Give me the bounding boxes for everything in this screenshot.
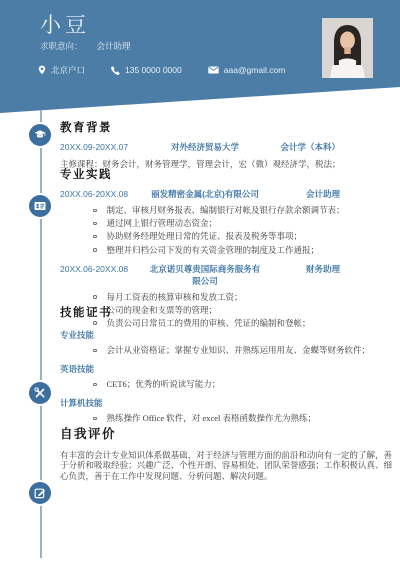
bullet-item: 制定、审核月财务报表、编制银行对帐及银行存款余额调节表；	[60, 206, 392, 215]
section-education: 教育背景 20XX.09-20XX.07 对外经济贸易大学 会计学（本科） 主修…	[60, 119, 392, 169]
bullet-item: 会计从业资格证；掌握专业知识、并熟练运用用友、金蝶等财务软件；	[60, 346, 392, 355]
job-bullets: 制定、审核月财务报表、编制银行对帐及银行存款余额调节表； 通过网上银行管理动态资…	[60, 206, 392, 255]
phone-text: 135 0000 0000	[125, 65, 182, 75]
tools-icon	[29, 382, 51, 404]
id-card-icon	[29, 195, 51, 217]
header-banner: 小豆 求职意向：会计助理 北京户口 135 0000 0000 a	[0, 0, 400, 114]
contact-email: aaa@gmail.com	[208, 65, 286, 75]
section-evaluation: 自我评价 有丰富的会计专业知识体系做基础，对于经济与管理方面的前沿和动向有一定的…	[60, 424, 392, 481]
evaluation-text: 有丰富的会计专业知识体系做基础，对于经济与管理方面的前沿和动向有一定的了解，善于…	[60, 450, 392, 481]
job-entry: 20XX.06-20XX.08 丽发精密金属(北京)有限公司 会计助理	[60, 188, 340, 200]
job-entry: 20XX.06-20XX.08 北京诺贝尊贵国际商务服务有限公司 财务助理	[60, 263, 340, 287]
skills-title: 技能证书	[60, 304, 392, 320]
bullet-dot-icon	[93, 209, 97, 213]
intent-label: 求职意向：	[40, 41, 83, 51]
bullet-item: CET6；优秀的听说读写能力；	[60, 380, 392, 389]
bullet-item: 每月工资表的核算审核和发放工资；	[60, 293, 392, 302]
skill-group-label: 英语技能	[60, 363, 392, 375]
section-skills: 技能证书 专业技能 会计从业资格证；掌握专业知识、并熟练运用用友、金蝶等财务软件…	[60, 304, 392, 423]
bullet-item: 整理并归档公司下发的有关资金管理的制度及工作通报；	[60, 246, 392, 255]
bullet-dot-icon	[93, 349, 97, 353]
location-text: 北京户口	[51, 64, 85, 76]
profile-photo	[322, 18, 373, 78]
bullet-text: 协助财务经理处理日常的凭证、报表及税务等事项；	[107, 232, 303, 241]
contact-row: 北京户口 135 0000 0000 aaa@gmail.com	[38, 64, 285, 76]
bullet-text: 整理并归档公司下发的有关资金管理的制度及工作通报；	[107, 246, 320, 255]
bullet-text: 熟练操作 Office 软件，对 excel 表格函数操作尤为熟练；	[107, 414, 317, 423]
bullet-item: 通过网上银行管理动态资金；	[60, 219, 392, 228]
skill-group-label: 专业技能	[60, 329, 392, 341]
education-title: 教育背景	[60, 119, 392, 135]
bullet-dot-icon	[93, 222, 97, 226]
job-company: 北京诺贝尊贵国际商务服务有限公司	[148, 263, 262, 287]
candidate-name: 小豆	[40, 9, 90, 39]
resume-page: 小豆 求职意向：会计助理 北京户口 135 0000 0000 a	[0, 0, 400, 565]
bullet-dot-icon	[93, 248, 97, 252]
intent-value: 会计助理	[97, 41, 131, 51]
job-role: 会计助理	[262, 188, 340, 200]
bullet-dot-icon	[93, 417, 97, 421]
bullet-text: 会计从业资格证；掌握专业知识、并熟练运用用友、金蝶等财务软件；	[107, 346, 371, 355]
bullet-item: 协助财务经理处理日常的凭证、报表及税务等事项；	[60, 232, 392, 241]
bullet-dot-icon	[93, 383, 97, 387]
contact-location: 北京户口	[38, 64, 85, 76]
job-date: 20XX.06-20XX.08	[60, 189, 148, 199]
job-date: 20XX.06-20XX.08	[60, 264, 148, 274]
education-degree: 会计学（本科）	[262, 141, 340, 153]
bullet-text: 通过网上银行管理动态资金；	[107, 219, 218, 228]
bullet-text: 制定、审核月财务报表、编制银行对帐及银行存款余额调节表；	[107, 206, 345, 215]
bullet-item: 熟练操作 Office 软件，对 excel 表格函数操作尤为熟练；	[60, 414, 392, 423]
skill-group-label: 计算机技能	[60, 397, 392, 409]
graduation-cap-icon	[29, 124, 51, 146]
education-date: 20XX.09-20XX.07	[60, 142, 148, 152]
evaluation-title: 自我评价	[60, 424, 392, 442]
job-intent-row: 求职意向：会计助理	[40, 40, 131, 52]
experience-title: 专业实践	[60, 166, 392, 182]
bullet-text: CET6；优秀的听说读写能力；	[107, 380, 221, 389]
job-company: 丽发精密金属(北京)有限公司	[148, 188, 262, 200]
contact-phone: 135 0000 0000	[111, 65, 182, 75]
location-pin-icon	[38, 65, 46, 75]
phone-icon	[111, 66, 120, 75]
education-entry: 20XX.09-20XX.07 对外经济贸易大学 会计学（本科）	[60, 141, 340, 153]
job-role: 财务助理	[262, 263, 340, 275]
edit-icon	[29, 482, 51, 504]
education-school: 对外经济贸易大学	[148, 141, 262, 153]
bullet-text: 每月工资表的核算审核和发放工资；	[107, 293, 243, 302]
envelope-icon	[208, 66, 219, 74]
bullet-dot-icon	[93, 235, 97, 239]
bullet-dot-icon	[93, 295, 97, 299]
email-text: aaa@gmail.com	[224, 65, 286, 75]
